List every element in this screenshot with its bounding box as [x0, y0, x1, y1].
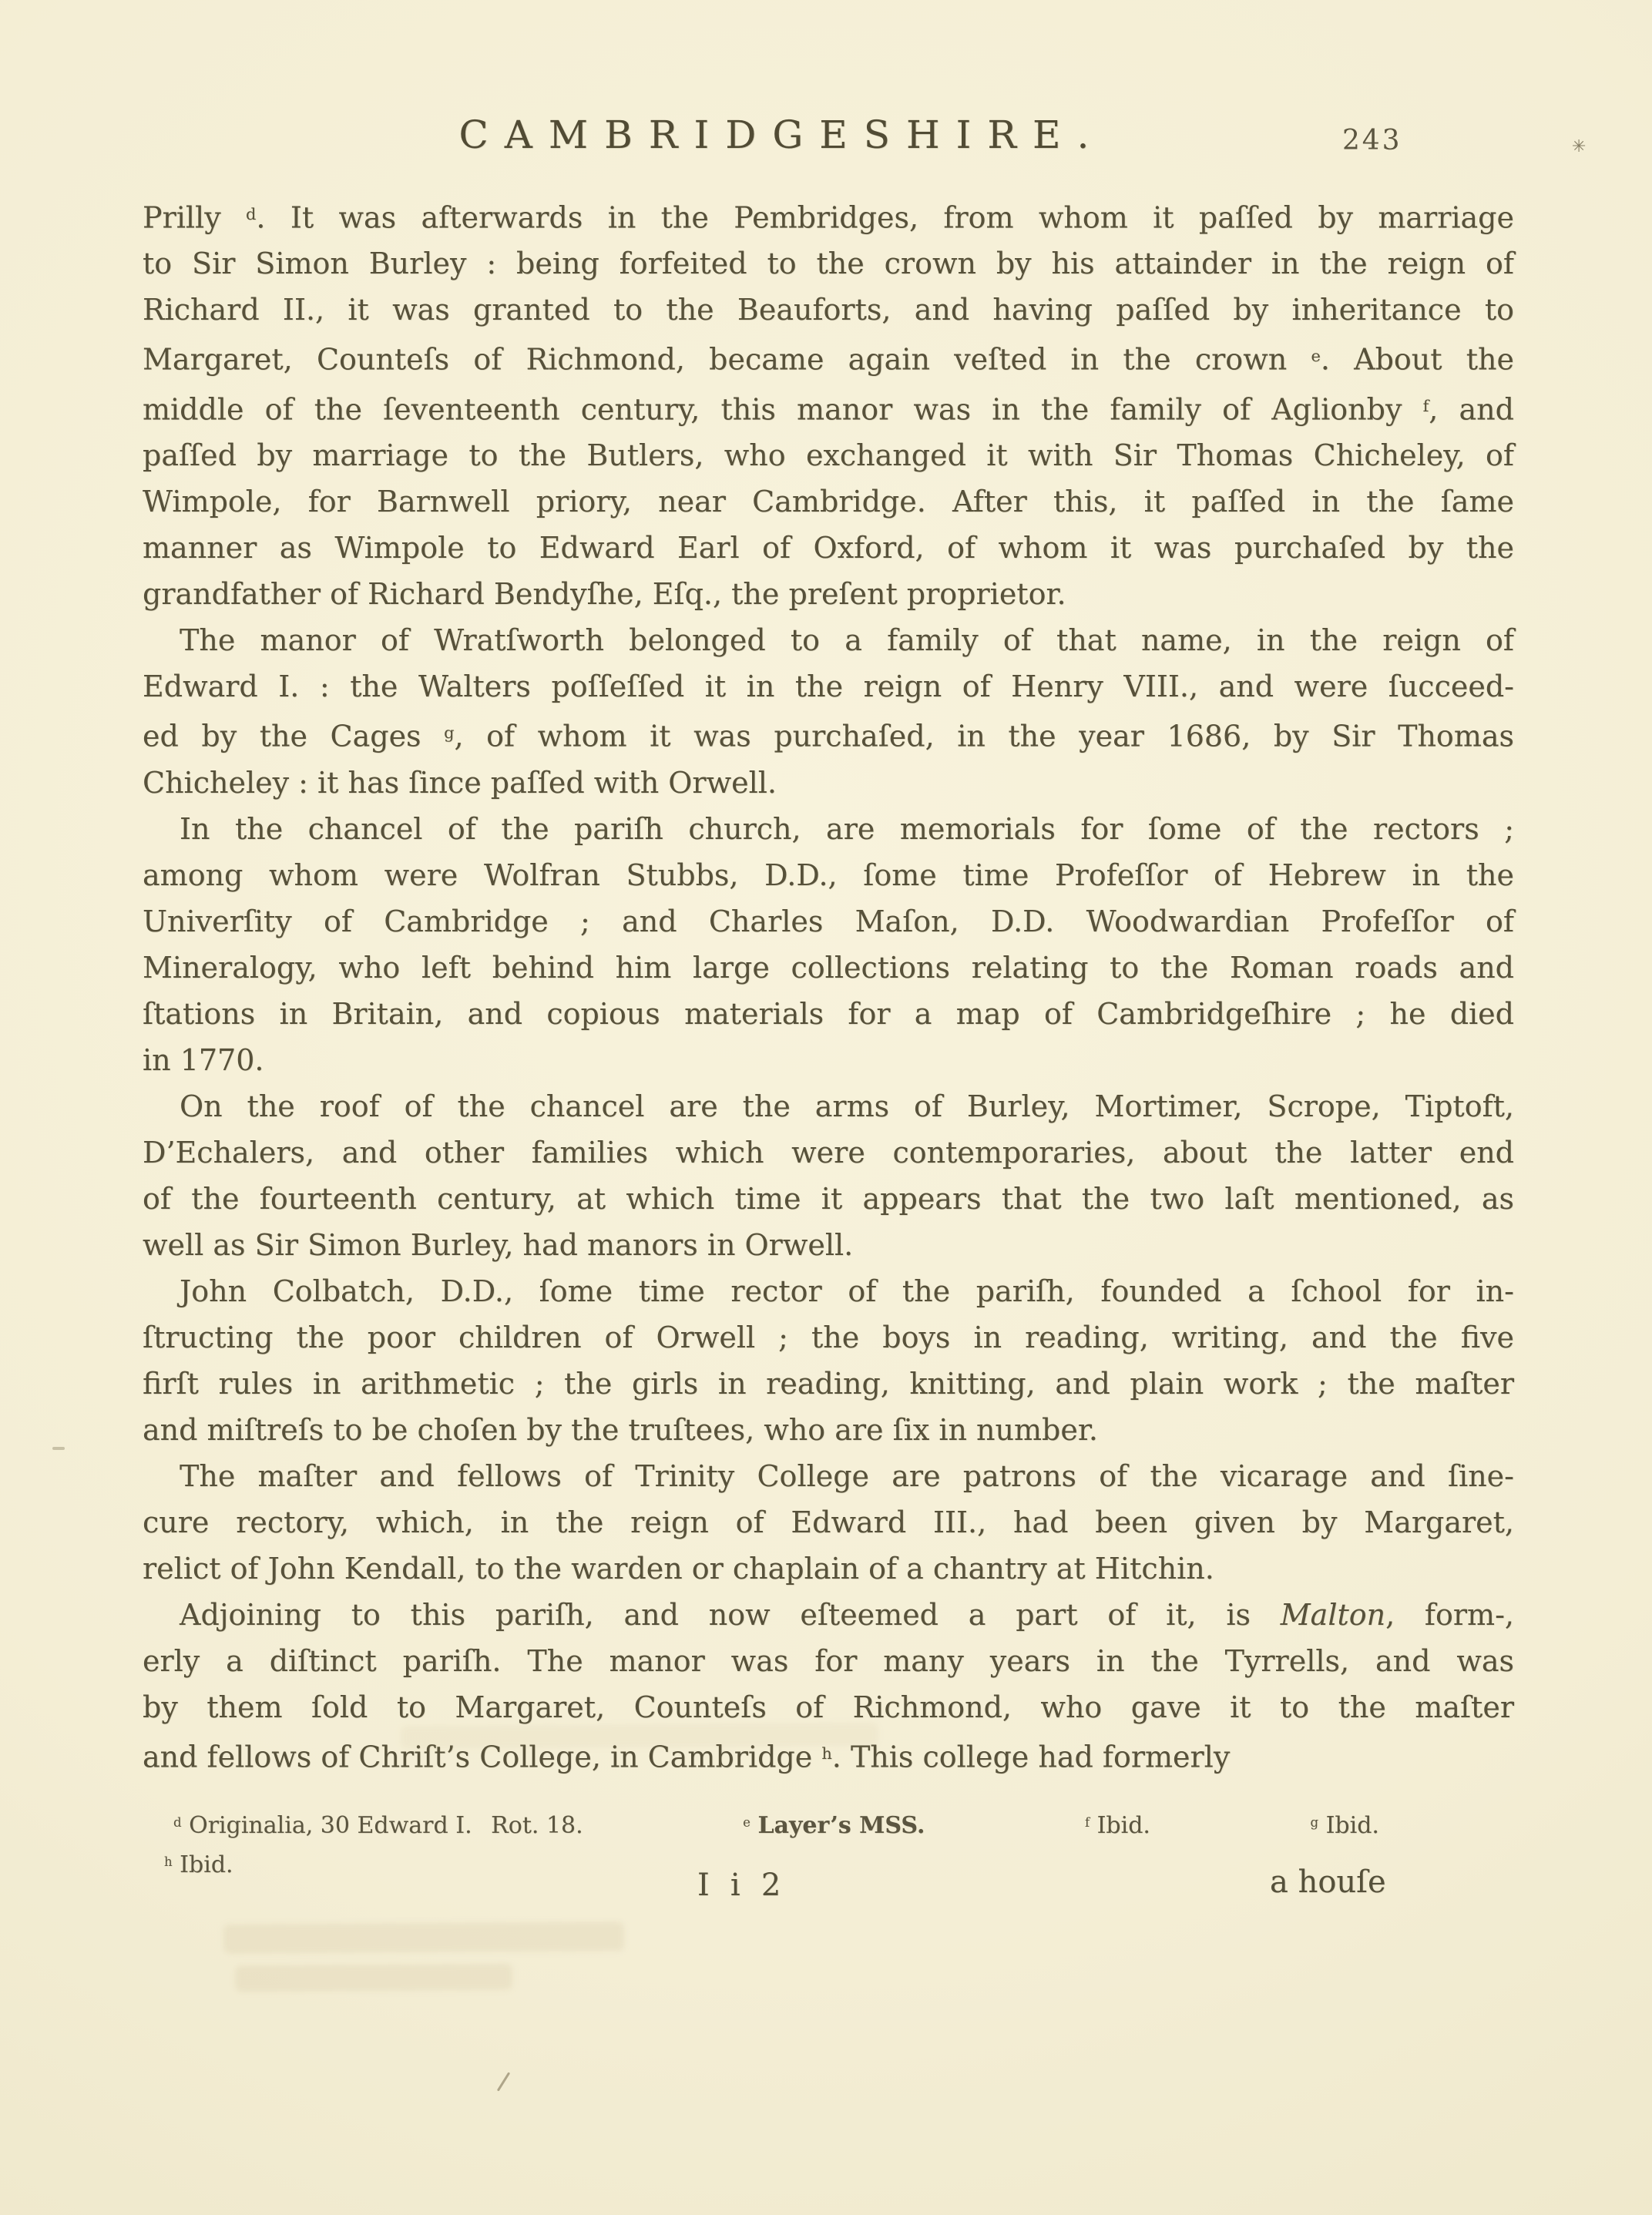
text-line: cure rectory, which, in the reign of Edw… — [143, 1499, 1514, 1545]
text-run: The maſter and fellows of Trinity Colleg… — [180, 1459, 1514, 1493]
book-page-scan: CAMBRIDGESHIRE. 243 ✳ Prilly d. It was a… — [0, 0, 1652, 2215]
text-line: relict of John Kendall, to the warden or… — [143, 1545, 1514, 1592]
paragraph: Prilly d. It was afterwards in the Pembr… — [143, 191, 1514, 617]
footnote-marker: e — [743, 1815, 750, 1830]
text-line: and miſtreſs to be choſen by the truſtee… — [143, 1407, 1514, 1453]
showthrough-smudge — [401, 1723, 878, 1749]
text-run: to Sir Simon Burley : being forfeited to… — [143, 247, 1514, 280]
footnote-item: f Ibid. — [1085, 1812, 1150, 1839]
footnote-marker: d — [246, 205, 256, 223]
text-line: Adjoining to this pariſh, and now eſteem… — [143, 1592, 1514, 1638]
text-line: John Colbatch, D.D., ſome time rector of… — [143, 1268, 1514, 1314]
text-line: The maſter and fellows of Trinity Colleg… — [143, 1453, 1514, 1499]
text-run: D’Echalers, and other families which wer… — [143, 1136, 1514, 1170]
catchword: a houſe — [1270, 1864, 1386, 1900]
text-line: grandfather of Richard Bendyſhe, Eſq., t… — [143, 571, 1514, 617]
footnote-marker: g — [444, 723, 454, 742]
text-run: Chicheley : it has ſince paſſed with Orw… — [143, 766, 777, 800]
text-run: Ibid. — [1090, 1812, 1150, 1839]
text-line: erly a diſtinct pariſh. The manor was fo… — [143, 1638, 1514, 1684]
text-line: Univerſity of Cambridge ; and Charles Ma… — [143, 898, 1514, 945]
text-line: Chicheley : it has ſince paſſed with Orw… — [143, 760, 1514, 806]
text-line: Edward I. : the Walters poſſeſſed it in … — [143, 663, 1514, 710]
italic-text-run: Malton — [1281, 1598, 1385, 1632]
text-run: In the chancel of the pariſh church, are… — [180, 812, 1514, 846]
text-run: Richard II., it was granted to the Beauf… — [143, 293, 1514, 327]
footnote-item: d Originalia, 30 Edward I. Rot. 18. — [173, 1812, 583, 1839]
text-line: of the fourteenth century, at which time… — [143, 1176, 1514, 1222]
paragraph: In the chancel of the pariſh church, are… — [143, 806, 1514, 1083]
text-run: ſtructing the poor children of Orwell ; … — [143, 1321, 1514, 1354]
text-line: In the chancel of the pariſh church, are… — [143, 806, 1514, 852]
paragraph: Adjoining to this pariſh, and now eſteem… — [143, 1592, 1514, 1780]
text-run: and miſtreſs to be choſen by the truſtee… — [143, 1413, 1098, 1447]
text-run: , and — [1429, 392, 1514, 426]
paragraph: The manor of Wratſworth belonged to a fa… — [143, 617, 1514, 805]
text-line: On the roof of the chancel are the arms … — [143, 1083, 1514, 1129]
text-run: ed by the Cages — [143, 720, 444, 753]
text-run: erly a diſtinct pariſh. The manor was fo… — [143, 1644, 1514, 1678]
text-run: . This college had formerly — [832, 1740, 1231, 1774]
running-head: CAMBRIDGESHIRE. — [254, 112, 1310, 157]
text-run: paſſed by marriage to the Butlers, who e… — [143, 438, 1514, 472]
text-run: in 1770. — [143, 1043, 264, 1077]
text-line: to Sir Simon Burley : being forfeited to… — [143, 240, 1514, 287]
text-run: On the roof of the chancel are the arms … — [180, 1089, 1514, 1123]
text-line: Richard II., it was granted to the Beauf… — [143, 287, 1514, 333]
text-run: John Colbatch, D.D., ſome time rector of… — [180, 1274, 1514, 1308]
text-run: well as Sir Simon Burley, had manors in … — [143, 1228, 853, 1262]
text-run: among whom were Wolfran Stubbs, D.D., ſo… — [143, 858, 1514, 892]
footnote-marker: h — [164, 1854, 173, 1869]
footnote-marker: h — [821, 1744, 831, 1763]
text-run: Originalia, 30 Edward I. Rot. 18. — [182, 1812, 583, 1839]
printer-ornament-icon: ✳ — [1572, 137, 1586, 156]
text-line: Prilly d. It was afterwards in the Pembr… — [143, 191, 1514, 240]
showthrough-smudge — [223, 1921, 624, 1954]
text-line: Mineralogy, who left behind him large co… — [143, 945, 1514, 991]
text-run: Margaret, Counteſs of Richmond, became a… — [143, 343, 1311, 377]
text-line: manner as Wimpole to Edward Earl of Oxfo… — [143, 525, 1514, 571]
page-number: 243 — [1342, 125, 1402, 156]
signature-mark: I i 2 — [697, 1868, 786, 1903]
text-run: manner as Wimpole to Edward Earl of Oxfo… — [143, 531, 1514, 565]
text-run: middle of the ſeventeenth century, this … — [143, 392, 1423, 426]
text-run: , of whom it was purchaſed, in the year … — [455, 720, 1515, 753]
paragraph: On the roof of the chancel are the arms … — [143, 1083, 1514, 1268]
text-run: Edward I. : the Walters poſſeſſed it in … — [143, 670, 1514, 703]
footnote-item: g Ibid. — [1310, 1812, 1379, 1839]
footnote-marker: d — [173, 1815, 182, 1830]
body-text: Prilly d. It was afterwards in the Pembr… — [143, 191, 1514, 1780]
text-run: grandfather of Richard Bendyſhe, Eſq., t… — [143, 577, 1066, 611]
text-run: of the fourteenth century, at which time… — [143, 1182, 1514, 1216]
margin-speck — [52, 1447, 65, 1450]
text-run: Prilly — [143, 200, 246, 234]
text-run: . It was afterwards in the Pembridges, f… — [256, 200, 1514, 234]
text-line: ſtations in Britain, and copious materia… — [143, 991, 1514, 1037]
text-line: well as Sir Simon Burley, had manors in … — [143, 1222, 1514, 1268]
text-line: The manor of Wratſworth belonged to a fa… — [143, 617, 1514, 663]
bold-text-run: Layer’s MSS. — [757, 1812, 925, 1839]
text-run: Ibid. — [173, 1851, 233, 1878]
text-run: by them ſold to Margaret, Counteſs of Ri… — [143, 1690, 1514, 1724]
text-run: Ibid. — [1318, 1812, 1379, 1839]
text-run: cure rectory, which, in the reign of Edw… — [143, 1505, 1514, 1539]
text-line: among whom were Wolfran Stubbs, D.D., ſo… — [143, 852, 1514, 898]
text-run: firſt rules in arithmetic ; the girls in… — [143, 1367, 1514, 1401]
text-line: firſt rules in arithmetic ; the girls in… — [143, 1361, 1514, 1407]
footnote-marker: e — [1311, 347, 1320, 365]
paragraph: The maſter and fellows of Trinity Colleg… — [143, 1453, 1514, 1592]
text-line: ed by the Cages g, of whom it was purcha… — [143, 710, 1514, 759]
pen-tick-mark — [497, 2072, 510, 2091]
text-run: . About the — [1321, 343, 1514, 377]
text-run: Univerſity of Cambridge ; and Charles Ma… — [143, 904, 1514, 938]
paragraph: John Colbatch, D.D., ſome time rector of… — [143, 1268, 1514, 1453]
text-line: middle of the ſeventeenth century, this … — [143, 383, 1514, 432]
text-run: Wimpole, for Barnwell priory, near Cambr… — [143, 485, 1514, 519]
text-line: Margaret, Counteſs of Richmond, became a… — [143, 333, 1514, 382]
text-run: , form-, — [1385, 1598, 1514, 1632]
text-run: relict of John Kendall, to the warden or… — [143, 1552, 1214, 1586]
text-run: The manor of Wratſworth belonged to a fa… — [180, 623, 1514, 657]
text-line: in 1770. — [143, 1037, 1514, 1083]
footnote-item: e Layer’s MSS. — [743, 1812, 925, 1839]
text-line: paſſed by marriage to the Butlers, who e… — [143, 432, 1514, 478]
text-line: D’Echalers, and other families which wer… — [143, 1129, 1514, 1176]
footnote-marker: g — [1310, 1815, 1318, 1830]
showthrough-smudge — [235, 1964, 512, 1992]
text-run: Mineralogy, who left behind him large co… — [143, 951, 1514, 985]
text-line: Wimpole, for Barnwell priory, near Cambr… — [143, 478, 1514, 525]
text-run: Adjoining to this pariſh, and now eſteem… — [180, 1598, 1281, 1632]
text-line: ſtructing the poor children of Orwell ; … — [143, 1314, 1514, 1361]
text-run: ſtations in Britain, and copious materia… — [143, 997, 1514, 1031]
footnote-row: d Originalia, 30 Edward I. Rot. 18.e Lay… — [173, 1812, 1379, 1839]
